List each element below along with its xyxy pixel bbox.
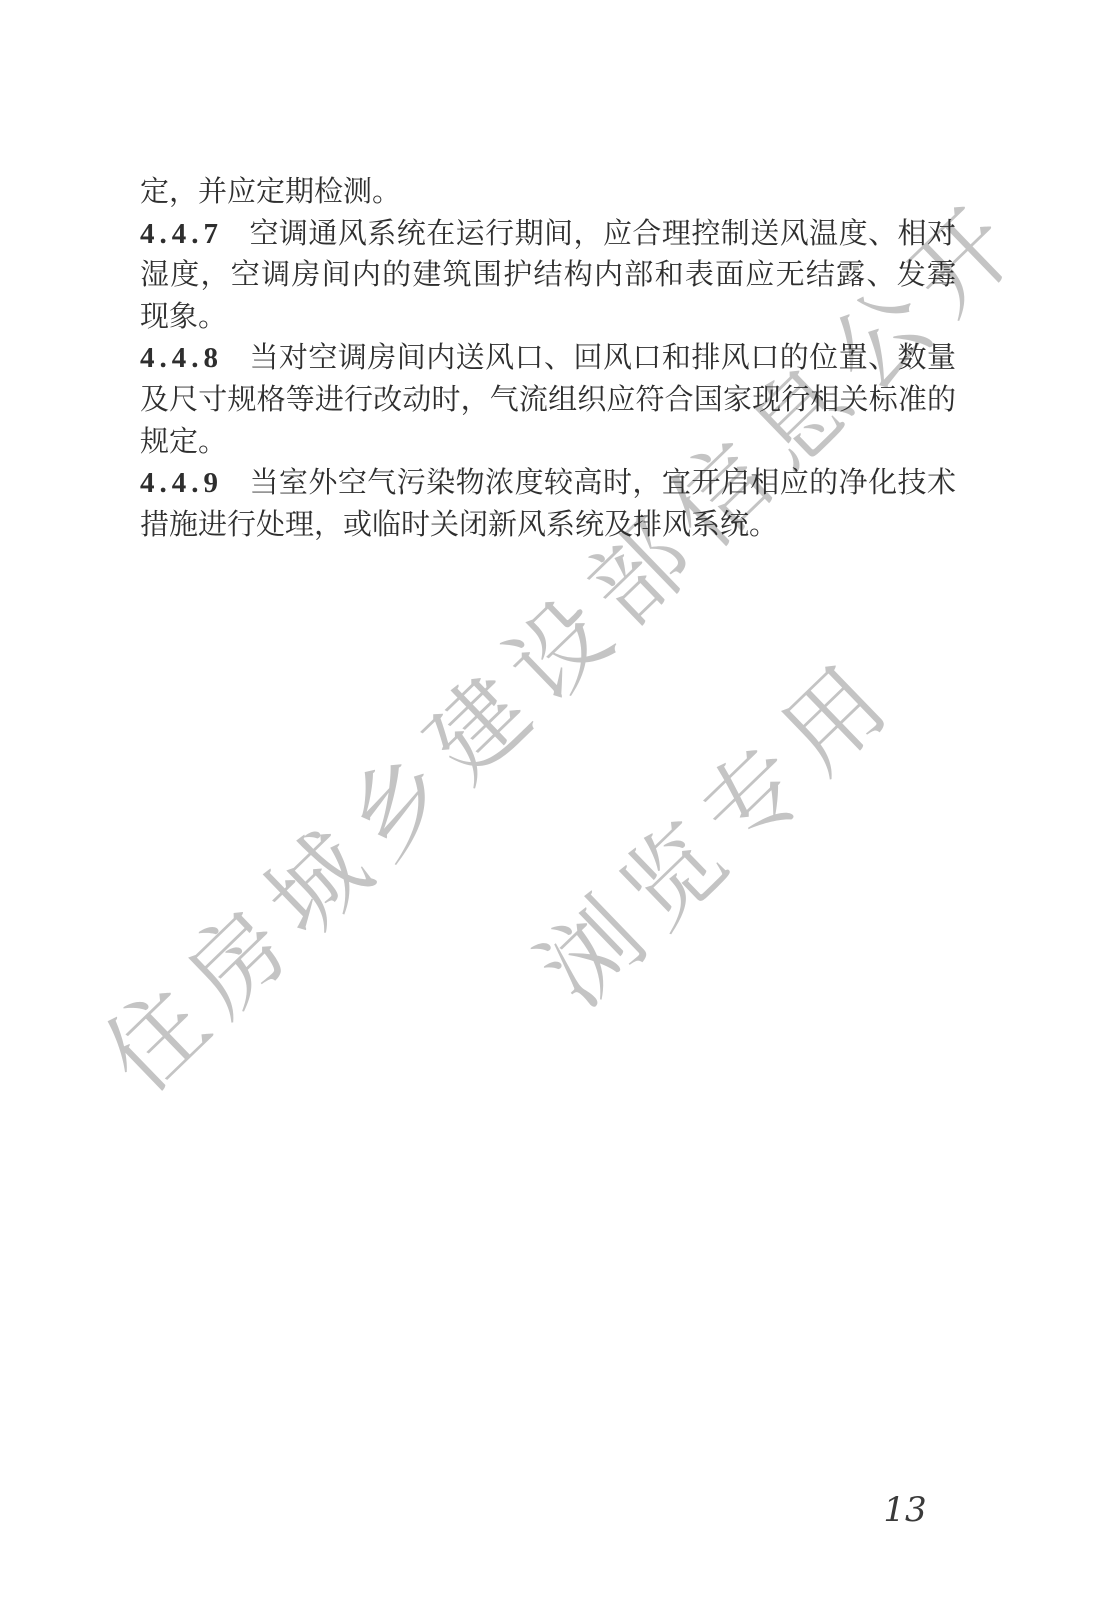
clause-number: 4.4.8	[140, 342, 223, 374]
text-line-content: 当室外空气污染物浓度较高时，宜开启相应的净化技术	[249, 467, 956, 499]
text-line-content: 定，并应定期检测。	[140, 176, 401, 208]
text-line-content: 措施进行处理，或临时关闭新风系统及排风系统。	[140, 509, 778, 541]
text-line-content: 规定。	[140, 426, 227, 458]
text-line: 4.4.9当室外空气污染物浓度较高时，宜开启相应的净化技术	[140, 463, 956, 505]
text-line-content: 湿度，空调房间内的建筑围护结构内部和表面应无结露、发霉	[140, 259, 956, 291]
page-number: 13	[855, 1490, 955, 1530]
text-line-content: 及尺寸规格等进行改动时，气流组织应符合国家现行相关标准的	[140, 384, 956, 416]
text-line-content: 当对空调房间内送风口、回风口和排风口的位置、数量	[249, 342, 956, 374]
document-page: 住房城乡建设部信息公开 浏览专用 定，并应定期检测。4.4.7空调通风系统在运行…	[0, 0, 1103, 1598]
text-line: 定，并应定期检测。	[140, 172, 956, 214]
text-line: 措施进行处理，或临时关闭新风系统及排风系统。	[140, 505, 956, 547]
body-text: 定，并应定期检测。4.4.7空调通风系统在运行期间，应合理控制送风温度、相对湿度…	[140, 172, 956, 546]
text-line: 及尺寸规格等进行改动时，气流组织应符合国家现行相关标准的	[140, 380, 956, 422]
clause-number: 4.4.9	[140, 467, 223, 499]
clause-number: 4.4.7	[140, 218, 223, 250]
text-line: 4.4.8当对空调房间内送风口、回风口和排风口的位置、数量	[140, 338, 956, 380]
text-line-content: 空调通风系统在运行期间，应合理控制送风温度、相对	[249, 218, 956, 250]
text-line: 4.4.7空调通风系统在运行期间，应合理控制送风温度、相对	[140, 214, 956, 256]
text-line-content: 现象。	[140, 301, 227, 333]
text-line: 湿度，空调房间内的建筑围护结构内部和表面应无结露、发霉	[140, 255, 956, 297]
text-line: 规定。	[140, 422, 956, 464]
text-line: 现象。	[140, 297, 956, 339]
